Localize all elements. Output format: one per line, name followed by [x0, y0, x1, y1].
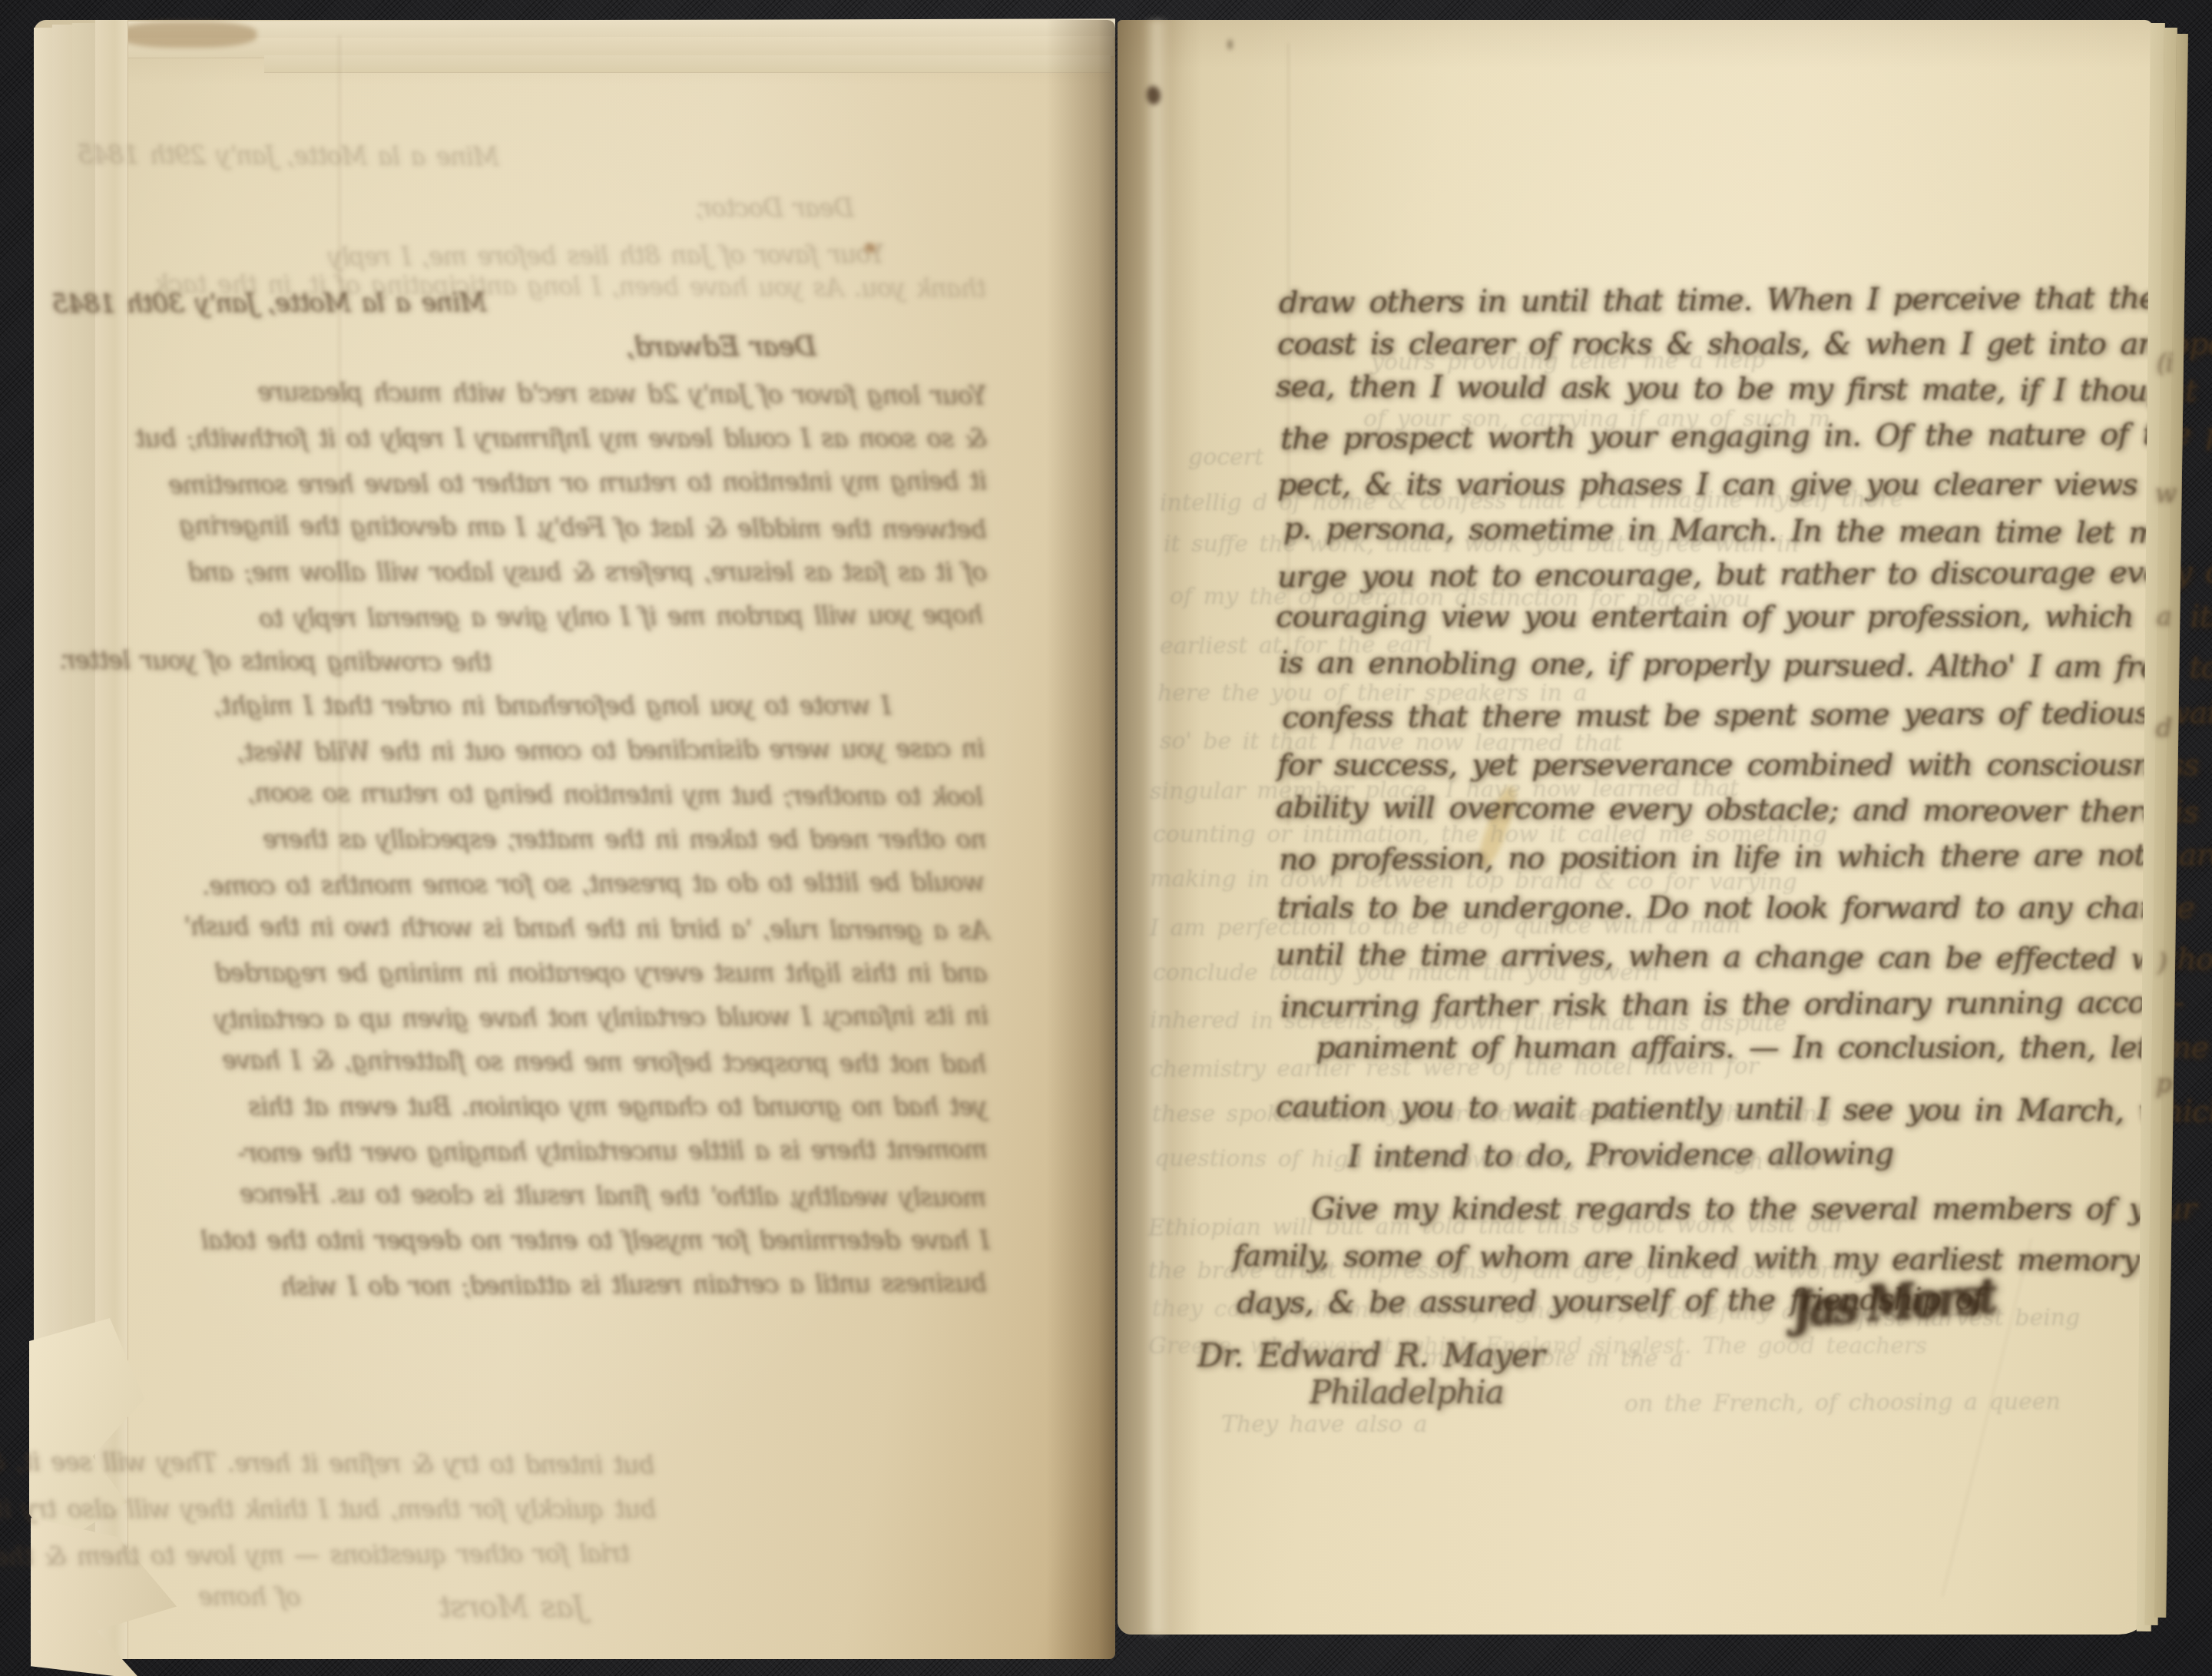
edge-mark: p	[2156, 1071, 2171, 1096]
bleedthrough-line: the crowding points of your letter.	[60, 648, 492, 675]
bleedthrough-line: As a general rule, 'a bird in the hand i…	[184, 913, 989, 942]
bleedthrough-line: in its infancy. I would certainly not ha…	[215, 1002, 988, 1032]
ghost-line: here the you of their speakers in a	[1157, 682, 1587, 705]
edge-mark: )	[2157, 949, 2167, 975]
ghost-line: gocert	[1188, 446, 1263, 470]
bleedthrough-line: I wrote to you long beforehand in order …	[214, 693, 891, 718]
address-city: Philadelphia	[1310, 1376, 1504, 1409]
bleedthrough-faint-line: of home	[199, 1584, 301, 1610]
ghost-line: of your son, carrying if any of such m	[1363, 408, 1830, 431]
bleedthrough-salutation: Dear Edward,	[627, 333, 816, 362]
ghost-line: earliest at for the earl	[1160, 634, 1432, 658]
ghost-line: on the French, of choosing a queen	[1624, 1391, 2061, 1416]
corner-smudge	[118, 22, 257, 48]
edge-mark: a	[2157, 604, 2171, 629]
bleedthrough-line: & so soon as I could leave my Infirmary …	[136, 426, 987, 451]
bleedthrough-line: hope you will pardon me if I only give a…	[260, 602, 983, 631]
ghost-line: counting or intimation, the how it calle…	[1153, 823, 1827, 846]
handwriting-line: draw others in until that time. When I p…	[1279, 283, 2157, 318]
ghost-line: of my the of operation distinction for p…	[1170, 585, 1750, 611]
bleedthrough-line: would be little to do at present, so for…	[203, 869, 985, 898]
edge-mark: (i	[2157, 350, 2174, 376]
bleedthrough-faint-line: but intend to try & refine it here. They…	[0, 1448, 654, 1477]
ghost-line: inhered in screens, or brown fuller that…	[1150, 1009, 1787, 1035]
ghost-line: I am perfection to the the of quince wit…	[1150, 914, 1740, 940]
pen-tick	[1228, 40, 1232, 49]
ghost-line: Ethiopian will but am told that this or …	[1148, 1214, 1846, 1240]
ink-blot	[1147, 86, 1161, 104]
ghost-line: these spoke how my later older, the bloc…	[1152, 1103, 1832, 1126]
book-photo: Mine a la Motte, Jan'y 30th 1845 Dear Ed…	[0, 0, 2212, 1676]
bleedthrough-line: between the middle & last of Feb'y, I am…	[180, 512, 987, 542]
bleedthrough-line: in case you were disinclined to come out…	[237, 735, 985, 764]
address-recipient: Dr. Edward R. Mayer	[1197, 1340, 1545, 1372]
bleedthrough-line: Your long favor of Jan'y 2d was rec'd wi…	[258, 379, 987, 409]
edge-mark: d	[2156, 715, 2171, 740]
ghost-line: so' be it that I have now learned that	[1160, 730, 1622, 755]
bleedthrough-line: look to another; but my intention being …	[248, 780, 983, 809]
bleedthrough-faint-line: but quickly for them, but I think they w…	[0, 1496, 656, 1522]
ghost-line: intellig d of home & confess that I can …	[1160, 488, 1904, 515]
bleedthrough-line: mously wealthy, altho' the final result …	[240, 1181, 986, 1210]
bleedthrough-faint-line: trial for other questions — my love to t…	[0, 1541, 630, 1570]
bleedthrough-ghost-line: Dear Doctor,	[696, 195, 854, 220]
ghost-line: conclude totally you much till you gover…	[1153, 962, 1659, 985]
bleedthrough-line: no other need be taken in the matter, es…	[263, 826, 987, 852]
bleedthrough-line: yet had no ground to change my opinion. …	[249, 1094, 987, 1119]
ghost-line: it suffe the work, that I work you but a…	[1164, 533, 1799, 556]
bleedthrough-line: moment there is a little uncertainty han…	[238, 1136, 988, 1165]
ghost-line: the brave artist impressions of an age, …	[1148, 1260, 1869, 1283]
ghost-line: singular member place, I have now learne…	[1150, 777, 1739, 803]
ghost-line: They have also a	[1221, 1413, 1427, 1436]
gutter-shadow	[1046, 20, 1115, 1659]
right-page: draw others in until that time. When I p…	[1118, 20, 2153, 1635]
ghost-line: questions of high life below stairs, he …	[1154, 1148, 1818, 1174]
bleedthrough-faint-line: Jas Morst	[439, 1592, 585, 1622]
ghost-line: yours providing teller me a help	[1371, 349, 1765, 375]
handwriting-line: sea, then I would ask you to be my first…	[1276, 371, 2197, 406]
bleedthrough-line: it being my intention to return or rathe…	[169, 468, 987, 498]
bleedthrough-ghost-line: Your favor of Jan 8th lies before me, I …	[329, 241, 885, 270]
bleedthrough-line: I have determined for myself to enter no…	[201, 1227, 989, 1253]
bleedthrough-line: had not the prospect before me been so f…	[223, 1047, 986, 1076]
ghost-line: chemistry earlier rest were of the hotel…	[1150, 1055, 1759, 1081]
signature-scrawl: Jas Morst	[1790, 1272, 1996, 1334]
bleedthrough-ghost-line: Mine a la Motte, Jan'y 29th 1845	[78, 142, 499, 170]
fore-edge-marks: (iwad)p	[2155, 20, 2186, 1633]
bleedthrough-ghost-line: thank you. As you have been, I long anti…	[155, 271, 986, 301]
left-page: Mine a la Motte, Jan'y 30th 1845 Dear Ed…	[34, 20, 1115, 1659]
edge-mark: w	[2155, 481, 2176, 506]
page-edge	[264, 55, 1111, 73]
bleedthrough-line: and in this light must every operation i…	[215, 960, 987, 985]
ghost-line: making in down between top brand & co fo…	[1150, 868, 1797, 894]
bleedthrough-line: business until a certain result is attai…	[281, 1270, 987, 1300]
bleedthrough-line: of it as fast as leisure, prefers & busy…	[188, 559, 987, 585]
